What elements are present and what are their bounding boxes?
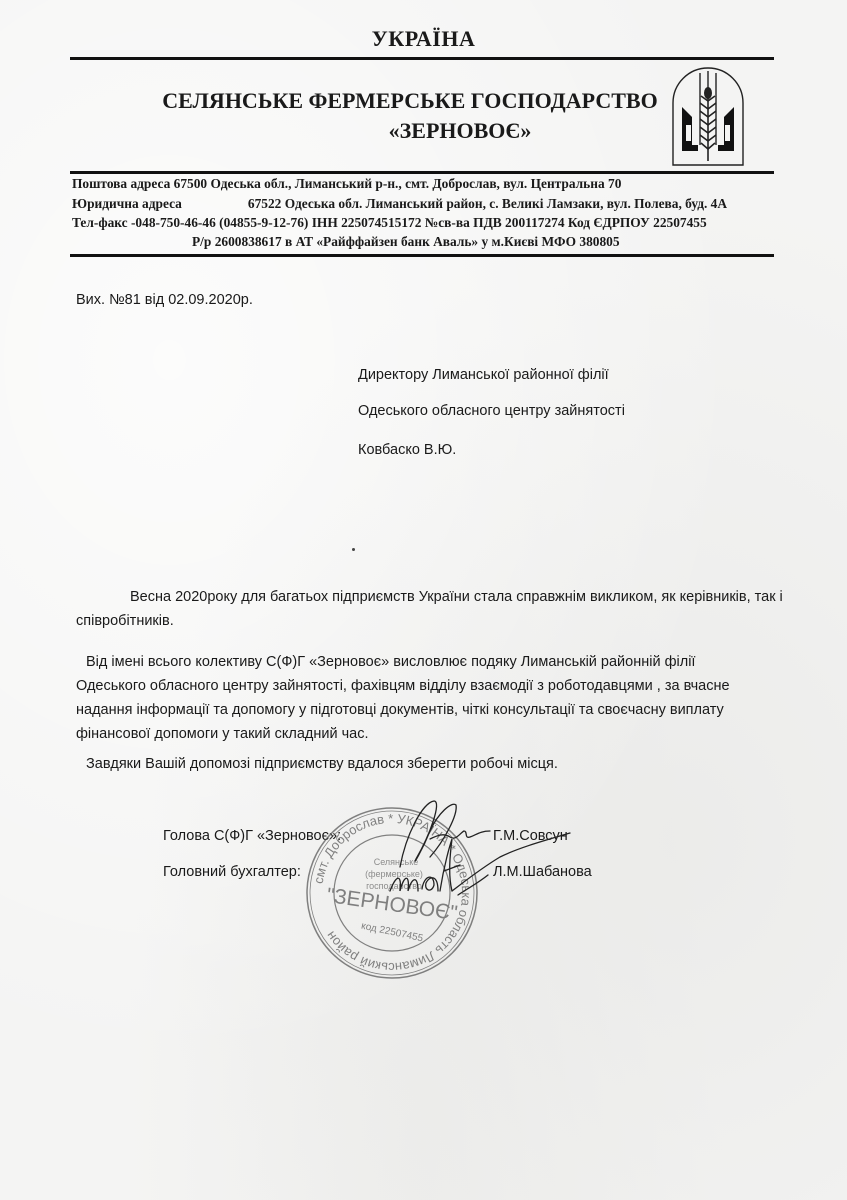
- postal-address-value: 67500 Одеська обл., Лиманський р-н., смт…: [174, 176, 622, 191]
- legal-address-label: Юридична адреса: [72, 196, 182, 211]
- bank-account-line: Р/р 2600838617 в АТ «Райффайзен банк Ава…: [192, 233, 620, 250]
- body-paragraph-2: Від імені всього колективу С(Ф)Г «Зернов…: [76, 650, 736, 746]
- accountant-signature-label: Головний бухгалтер:: [163, 864, 301, 880]
- country-heading: УКРАЇНА: [0, 26, 847, 52]
- recipient-line-3: Ковбаско В.Ю.: [358, 442, 456, 458]
- phone-tax-line: Тел-факс -048-750-46-46 (04855-9-12-76) …: [72, 214, 707, 231]
- scan-speck: [352, 548, 355, 551]
- header-divider-top: [70, 57, 774, 60]
- wheat-trident-emblem-icon: [670, 65, 746, 167]
- legal-address-value: 67522 Одеська обл. Лиманський район, с. …: [248, 196, 727, 211]
- body-paragraph-1: Весна 2020року для багатьох підприємств …: [76, 585, 796, 633]
- organization-name: «ЗЕРНОВОЄ»: [150, 116, 670, 146]
- legal-address: Юридична адреса67522 Одеська обл. Лиманс…: [72, 195, 727, 212]
- requisites-divider-top: [70, 171, 774, 174]
- requisites-divider-bottom: [70, 254, 774, 257]
- body-paragraph-3: Завдяки Вашій допомозі підприємству вдал…: [86, 752, 806, 776]
- outgoing-number: Вих. №81 від 02.09.2020р.: [76, 292, 253, 308]
- handwritten-signatures: [360, 795, 620, 935]
- recipient-line-1: Директору Лиманської районної філії: [358, 367, 609, 383]
- postal-address: Поштова адреса 67500 Одеська обл., Лиман…: [72, 175, 621, 192]
- postal-address-label: Поштова адреса: [72, 176, 170, 191]
- recipient-line-2: Одеського обласного центру зайнятості: [358, 403, 625, 419]
- organization-title: СЕЛЯНСЬКЕ ФЕРМЕРСЬКЕ ГОСПОДАРСТВО: [150, 86, 670, 116]
